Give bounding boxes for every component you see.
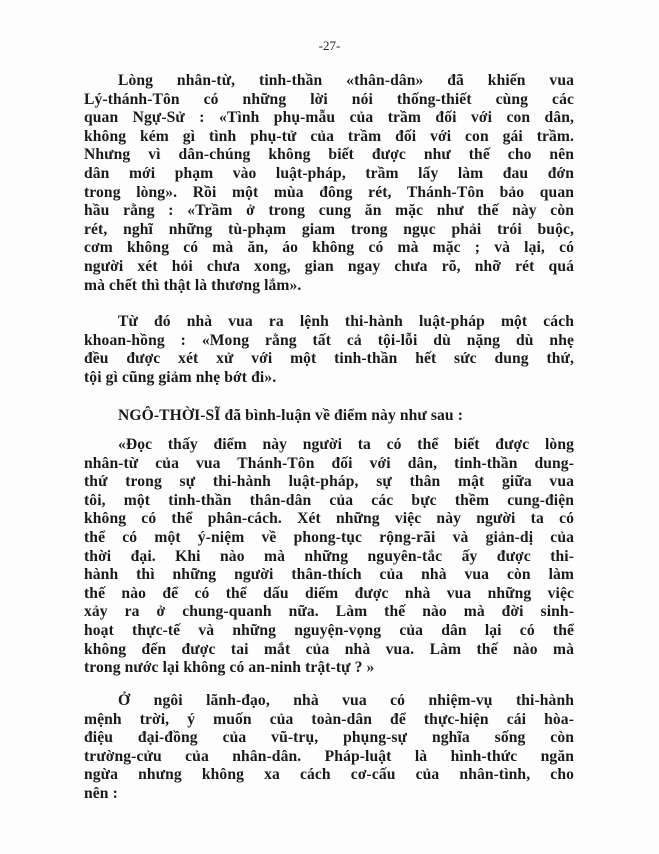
text-line: không đến được tai mắt của nhà vua. Làm … [84,641,574,660]
text-line: Lý-thánh-Tôn có những lời nói thống-thiế… [84,91,574,110]
text-line: dân mới phạm vào luật-pháp, trầm lấy làm… [84,165,574,184]
text-line: ngừa nhưng không xa cách cơ-cấu của nhân… [84,766,574,785]
text-line: NGÔ-THỜI-SĨ đã bình-luận về điểm này như… [84,407,574,426]
text-line: mà chết thì thật là thương lắm». [84,277,574,296]
text-line: rét, nghĩ những tù-phạm giam trong ngục … [84,221,574,240]
text-line: thời đại. Khi nào mà những nguyên-tắc ấy… [84,548,574,567]
text-line: không kém gì tình phụ-tử của trầm đối vớ… [84,128,574,147]
text-line: xảy ra ở chung-quanh nữa. Làm thế nào mà… [84,603,574,622]
text-line: hầu rằng : «Trầm ở trong cung ăn mặc như… [84,202,574,221]
text-line: trường-cửu của nhân-dân. Pháp-luật là hì… [84,748,574,767]
text-line: nhân-từ của vua Thánh-Tôn đối với dân, t… [84,455,574,474]
text-line: quan Ngự-Sử : «Tình phụ-mẫu của trầm đối… [84,109,574,128]
text-line: cơm không có mà ăn, áo không có mà mặc ;… [84,239,574,258]
text-line: thể có một ý-niệm về phong-tục rộng-rãi … [84,529,574,548]
text-line: thứ trong sự thi-hành luật-pháp, sự thân… [84,473,574,492]
text-line: tôi, một tinh-thần thân-dân của các bực … [84,492,574,511]
text-line: không có thể phân-cách. Xét những việc n… [84,510,574,529]
text-line: tội gì cũng giảm nhẹ bớt đi». [84,369,574,388]
quotation-paragraph: «Đọc thấy điểm này người ta có thể biết … [84,436,574,678]
text-line: hành thì những người thân-thích của nhà … [84,566,574,585]
page-number: -27- [0,38,659,54]
paragraph-5: Ở ngôi lãnh-đạo, nhà vua có nhiệm-vụ thi… [84,692,574,804]
text-line: Từ đó nhà vua ra lệnh thi-hành luật-pháp… [84,313,574,332]
scanned-book-page: -27- Lòng nhân-từ, tinh-thần «thân-dân» … [0,0,659,854]
text-line: điệu đại-đồng của vũ-trụ, phụng-sự nghĩa… [84,729,574,748]
text-line: khoan-hồng : «Mong rằng tất cả tội-lỗi d… [84,332,574,351]
text-line: thế nào để có thể dấu diếm được nhà vua … [84,585,574,604]
paragraph-2: Từ đó nhà vua ra lệnh thi-hành luật-pháp… [84,313,574,387]
text-line: hoạt thực-tế và những nguyện-vọng của dâ… [84,622,574,641]
text-line: Lòng nhân-từ, tinh-thần «thân-dân» đã kh… [84,72,574,91]
text-line: trong nước lại không có an-ninh trật-tự … [84,659,574,678]
text-line: «Đọc thấy điểm này người ta có thể biết … [84,436,574,455]
text-line: đều được xét xử với một tinh-thần hết sứ… [84,350,574,369]
text-line: Nhưng vì dân-chúng không biết được như t… [84,146,574,165]
text-line: Ở ngôi lãnh-đạo, nhà vua có nhiệm-vụ thi… [84,692,574,711]
text-line: mệnh trời, ý muốn của toàn-dân để thực-h… [84,711,574,730]
text-line: người xét hỏi chưa xong, gian ngay chưa … [84,258,574,277]
text-line: trong lòng». Rồi một mùa đông rét, Thánh… [84,184,574,203]
paragraph-1: Lòng nhân-từ, tinh-thần «thân-dân» đã kh… [84,72,574,295]
paragraph-3: NGÔ-THỜI-SĨ đã bình-luận về điểm này như… [84,407,574,426]
text-line: nên : [84,785,574,804]
